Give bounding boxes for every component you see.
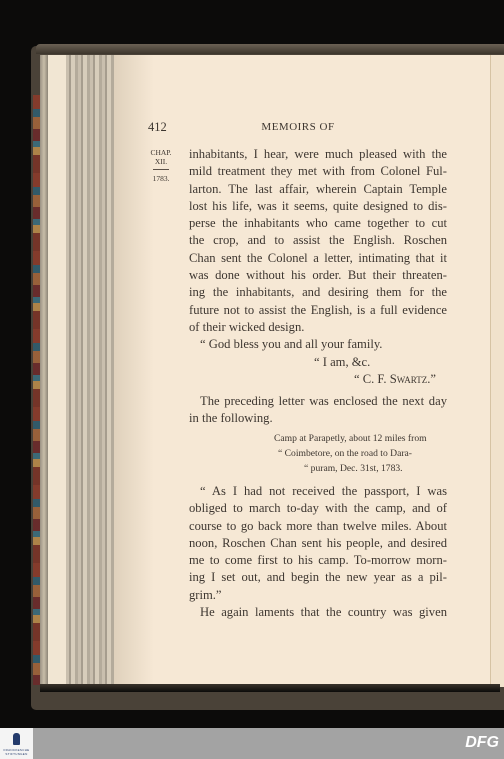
letter-blessing: “ God bless you and all your family. xyxy=(189,336,447,353)
text-line: grim.” xyxy=(189,587,447,604)
running-head: MEMOIRS OF xyxy=(148,121,448,133)
text-line: He again laments that the country was gi… xyxy=(189,604,447,621)
library-emblem-icon xyxy=(13,733,20,745)
text-line: inhabitants, I hear, were much pleased w… xyxy=(189,146,447,163)
library-logo[interactable]: FRANCKESCHE STIFTUNGEN xyxy=(0,728,33,759)
text-line: me to come first to his camp. To-morrow … xyxy=(189,552,447,569)
margin-year: 1783. xyxy=(144,174,178,183)
paragraph-1: inhabitants, I hear, were much pleased w… xyxy=(189,146,447,388)
text-line: ing I set out, and begin the new year as… xyxy=(189,569,447,586)
text-line: mild treatment they met with from Colone… xyxy=(189,163,447,180)
letter-signature: “ C. F. Swartz.” xyxy=(189,371,447,388)
text-line: noon, Roschen Chan sent his people, and … xyxy=(189,535,447,552)
text-line: The preceding letter was enclosed the ne… xyxy=(189,393,447,410)
dateline-line: Camp at Parapetly, about 12 miles from xyxy=(274,431,454,446)
text-line: “ As I had not received the passport, I … xyxy=(189,483,447,500)
text-line: the crop, and to assist the English. Ros… xyxy=(189,232,447,249)
margin-chap-label: CHAP. xyxy=(144,148,178,157)
text-line: lost his life, was it seems, quite desig… xyxy=(189,198,447,215)
text-line: ing the inhabitants, and desiring them f… xyxy=(189,284,447,301)
margin-note: CHAP. XII. 1783. xyxy=(144,148,178,183)
page-content: 412 MEMOIRS OF CHAP. XII. 1783. inhabita… xyxy=(0,0,504,728)
text-line: larton. The last affair, wherein Captain… xyxy=(189,181,447,198)
margin-rule xyxy=(153,169,169,170)
signature-smallcaps: wartz xyxy=(397,372,427,386)
dateline-line: “ Coimbetore, on the road to Dara- xyxy=(274,446,454,461)
margin-chap-number: XII. xyxy=(144,157,178,166)
text-line: future not to assist the English, is a f… xyxy=(189,302,447,319)
text-line: in the following. xyxy=(189,410,447,427)
text-line: perse the inhabitants who came together … xyxy=(189,215,447,232)
letter-dateline: Camp at Parapetly, about 12 miles from “… xyxy=(274,431,454,476)
letter-closing: “ I am, &c. xyxy=(189,354,447,371)
text-line: of their wicked design. xyxy=(189,319,447,336)
text-line: obliged to march to-day with the camp, a… xyxy=(189,500,447,517)
text-line: course to go back more than twelve miles… xyxy=(189,518,447,535)
library-logo-text: FRANCKESCHE STIFTUNGEN xyxy=(2,748,31,756)
signature-prefix: “ C. F. S xyxy=(354,372,397,386)
dfg-logo[interactable]: DFG xyxy=(465,734,499,752)
paragraph-3: “ As I had not received the passport, I … xyxy=(189,483,447,621)
dateline-line: “ puram, Dec. 31st, 1783. xyxy=(274,461,454,476)
paragraph-2: The preceding letter was enclosed the ne… xyxy=(189,393,447,428)
text-line: was done without his order. But their th… xyxy=(189,267,447,284)
text-line: Chan sent the Colonel a letter, intimati… xyxy=(189,250,447,267)
signature-suffix: .” xyxy=(427,372,436,386)
document-viewer: 412 MEMOIRS OF CHAP. XII. 1783. inhabita… xyxy=(0,0,504,728)
viewer-footer-bar: FRANCKESCHE STIFTUNGEN DFG xyxy=(0,728,504,759)
